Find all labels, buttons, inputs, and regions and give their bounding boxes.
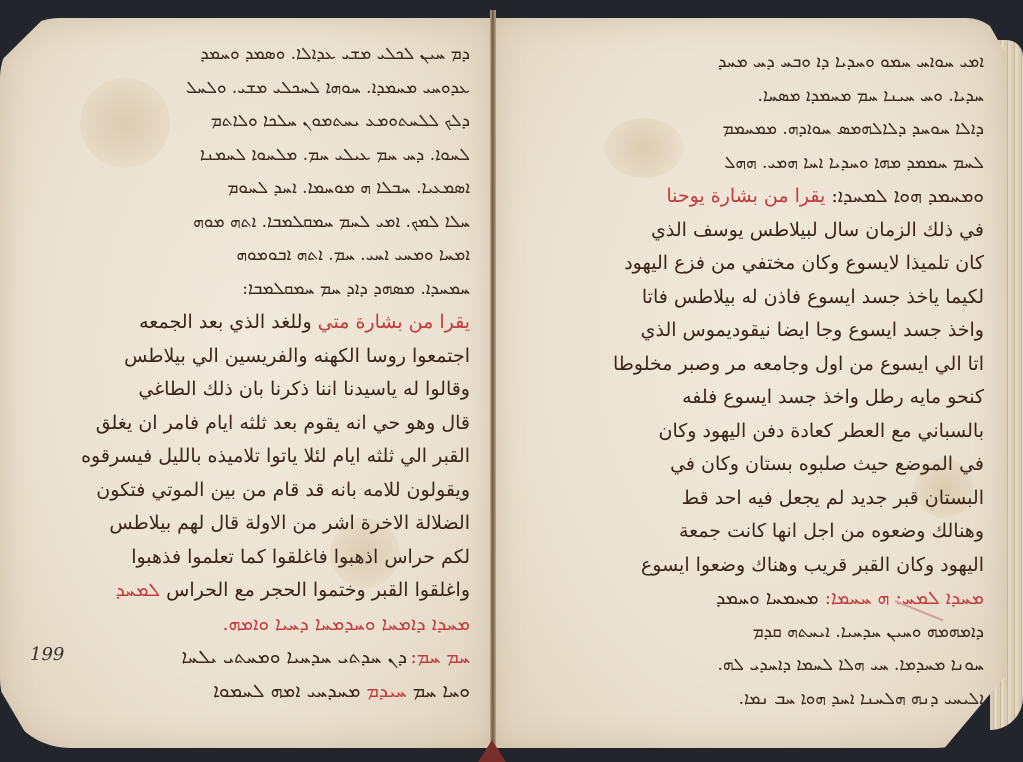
text-line: ܐܣܡܥܝܐ. ܚܒܠܐ ܗ ܡܘܚܡܐ. ܐܚܕ ܠܚܘܡ	[70, 172, 470, 206]
text-line: الضلالة الاخرة اشر من الاولة قال لهم بيل…	[70, 507, 470, 541]
rubric-text: ܡܚܕܐ ܠܡܚ: ܗ ܚܚܡܐ:	[819, 587, 984, 609]
body-text: واغلقوا القبر وختموا الحجر مع الحراس	[166, 579, 470, 601]
manuscript-spread: ܕܡ ܚܝܢ ܠܟܠܝ ܡܫܝ ܥܕܐܠܐ. ܘܣܡܕ ܘܚܡܕܥܕܘܚܝ ܡܚ…	[0, 0, 1023, 762]
folio-number: 199	[30, 644, 64, 665]
text-line: ܚܡ ܚܡ: ܕܢ ܚܕܬܝ ܚܕܚܝܐ ܘܡܚܬܝ ܝܠܚܐ	[70, 641, 470, 675]
left-page-text: ܕܡ ܚܝܢ ܠܟܠܝ ܡܫܝ ܥܕܐܠܐ. ܘܣܡܕ ܘܚܡܕܥܕܘܚܝ ܡܚ…	[70, 38, 470, 708]
body-text: وللغد الذي بعد الجمعه	[139, 311, 318, 333]
rubric-text: ܠܡܚܕ	[116, 579, 167, 601]
text-line: ܕܐܠܐ ܚܘܚܕ ܕܠܐܠܗܡܣ ܚܘܐܕܗ. ܡܡܚܡܡ	[524, 113, 984, 147]
text-line: ܚܘܢܐ ܡܚܕܡܐ. ܚܝ ܗܠܐ ܠܚܡܐ ܕܐܚܕܝ ܠܗ.	[524, 649, 984, 683]
text-line: لكم حراس اذهبوا فاغلقوا كما تعلموا فذهبو…	[70, 541, 470, 575]
text-line: بالسباني مع العطر كعادة دفن اليهود وكان	[524, 415, 984, 449]
text-line: ܚܡܚܕܐ. ܡܣܗܕ ܕܐܕ ܚܡ ܚܡܩܠܡܒܐ:	[70, 273, 470, 307]
text-line: كنحو مايه رطل واخذ جسد ايسوع فلفه	[524, 381, 984, 415]
body-text: ܘܡܚܡܕ ܗܘܐ ܠܡܚܕܐ:	[825, 185, 984, 207]
text-line: ܠܚܡ ܚܡܡܕ ܡܗܐ ܘܚܕܝܐ ܐܚܐ ܗܡܝ. ܗܗܠ	[524, 147, 984, 181]
text-line: واغلقوا القبر وختموا الحجر مع الحراس ܠܡܚ…	[70, 574, 470, 608]
text-line: ܐܠܝܚܝ ܕܢܗ ܗܠܚܢܐ ܐܚܕ ܗܘܐ ܚܒ ܢܡܐ.	[524, 683, 984, 717]
rubric-text: يقرا من بشارة يوحنا	[666, 185, 825, 207]
text-line: ܘܚܐ ܚܡ ܚܝܕܡ ܡܚܕܚܝ ܐܡܗ ܠܚܡܘܐ	[70, 675, 470, 709]
right-page-text: ܐܡܝ ܚܘܐܚ ܚܡܘ ܘܚܕܝܐ ܕܐ ܘܒܚ ܕܚ ܡܚܕܚܕܝܐ. ܘܚ…	[524, 46, 984, 716]
body-text: ܕܢ ܚܕܬܝ ܚܕܚܝܐ ܘܡܚܬܝ ܝܠܚܐ	[182, 646, 405, 668]
rubric-text: ܚܡ ܚܡ:	[404, 646, 470, 668]
text-line: واخذ جسد ايسوع وجا ايضا نيقوديموس الذي	[524, 314, 984, 348]
body-text: ܡܚܕܚܝ ܐܡܗ ܠܚܡܘܐ	[213, 680, 366, 702]
text-line: القبر الي ثلثه ايام لئلا ياتوا تلاميذه ب…	[70, 440, 470, 474]
text-line: ܚܠܐ ܠܡܟ. ܐܡܝ ܠܚܡ ܚܡܩܠܡܒܐ. ܐܬܗ ܡܘܗ	[70, 206, 470, 240]
text-line: اتا الي ايسوع من اول وجامعه مر وصبر مخلو…	[524, 348, 984, 382]
right-page: ܐܡܝ ܚܘܐܚ ܚܡܘ ܘܚܕܝܐ ܕܐ ܘܒܚ ܕܚ ܡܚܕܚܕܝܐ. ܘܚ…	[494, 18, 1006, 748]
text-line: ܘܡܚܡܕ ܗܘܐ ܠܡܚܕܐ: يقرا من بشارة يوحنا	[524, 180, 984, 214]
text-line: ܕܠܟ ܠܠܚܬܘܡܥ ܝܚܬܡܘܢ ܚܠܟܐ ܘܠܐܬܡ	[70, 105, 470, 139]
text-line: ܠܚܘܐ. ܕܚ ܚܡ ܥܝܠܝ ܚܡ. ܡܠܚܘܐ ܠܚܡܢܐ	[70, 139, 470, 173]
text-line: لكيما ياخذ جسد ايسوع فاذن له بيلاطس فاتا	[524, 281, 984, 315]
text-line: البستان قبر جديد لم يجعل فيه احد قط	[524, 482, 984, 516]
text-line: وهنالك وضعوه من اجل انها كانت جمعة	[524, 515, 984, 549]
body-text: ܘܚܐ ܚܡ	[407, 680, 470, 702]
text-line: ܐܡܝ ܚܘܐܚ ܚܡܘ ܘܚܕܝܐ ܕܐ ܘܒܚ ܕܚ ܡܚܕ	[524, 46, 984, 80]
rubric-text: يقرا من بشارة متي	[318, 311, 470, 333]
text-line: اجتمعوا روسا الكهنه والفريسين الي بيلاطس	[70, 340, 470, 374]
text-line: ܡܚܕܐ ܕܐܡܚܐ ܘܚܕܡܚܐ ܕܚܝܐ ܘܐܡܗ.	[70, 608, 470, 642]
text-line: وقالوا له ياسيدنا اننا ذكرنا بان ذلك الط…	[70, 373, 470, 407]
rubric-text: ܡܚܕܐ ܕܐܡܚܐ ܘܚܕܡܚܐ ܕܚܝܐ ܘܐܡܗ.	[222, 613, 470, 635]
book-gutter	[490, 10, 496, 762]
text-line: في ذلك الزمان سال لبيلاطس يوسف الذي	[524, 214, 984, 248]
text-line: ܥܕܘܚܝ ܡܚܡܕܐ. ܚܘܗܐ ܠܚܟܠܝ ܡܫܝ. ܘܠܚܠ	[70, 72, 470, 106]
text-line: ܚܕܝܐ. ܘܚ ܚܝܢܐ ܚܡ ܡܚܡܕܐ ܡܣܚܐ.	[524, 80, 984, 114]
text-line: قال وهو حي انه يقوم بعد ثلثه ايام فامر ا…	[70, 407, 470, 441]
left-page: ܕܡ ܚܝܢ ܠܟܠܝ ܡܫܝ ܥܕܐܠܐ. ܘܣܡܕ ܘܚܡܕܥܕܘܚܝ ܡܚ…	[0, 18, 492, 748]
text-line: ܕܡ ܚܝܢ ܠܟܠܝ ܡܫܝ ܥܕܐܠܐ. ܘܣܡܕ ܘܚܡܕ	[70, 38, 470, 72]
rubric-text: ܚܝܕܡ	[366, 680, 406, 702]
text-line: يقرا من بشارة متي وللغد الذي بعد الجمعه	[70, 306, 470, 340]
text-line: ويقولون للامه بانه قد قام من بين الموتي …	[70, 474, 470, 508]
text-line: ܕܐܡܗܡܗ ܘܚܝܢ ܚܕܚܝܐ. ܐܝܚܬܗ ܩܕܡ	[524, 616, 984, 650]
binding-thread	[478, 740, 506, 762]
text-line: اليهود وكان القبر قريب وهناك وضعوا ايسوع	[524, 549, 984, 583]
text-line: في الموضع حيث صلبوه بستان وكان في	[524, 448, 984, 482]
text-line: كان تلميذا لايسوع وكان مختفي من فزع اليه…	[524, 247, 984, 281]
text-line: ܐܡܚܐ ܘܡܚܝ ܐܚܝ. ܚܡ. ܐܬܗ ܐܒܘܡܘܗ	[70, 239, 470, 273]
body-text: ܡܚܡܚܐ ܘܚܡܕ	[716, 587, 819, 609]
